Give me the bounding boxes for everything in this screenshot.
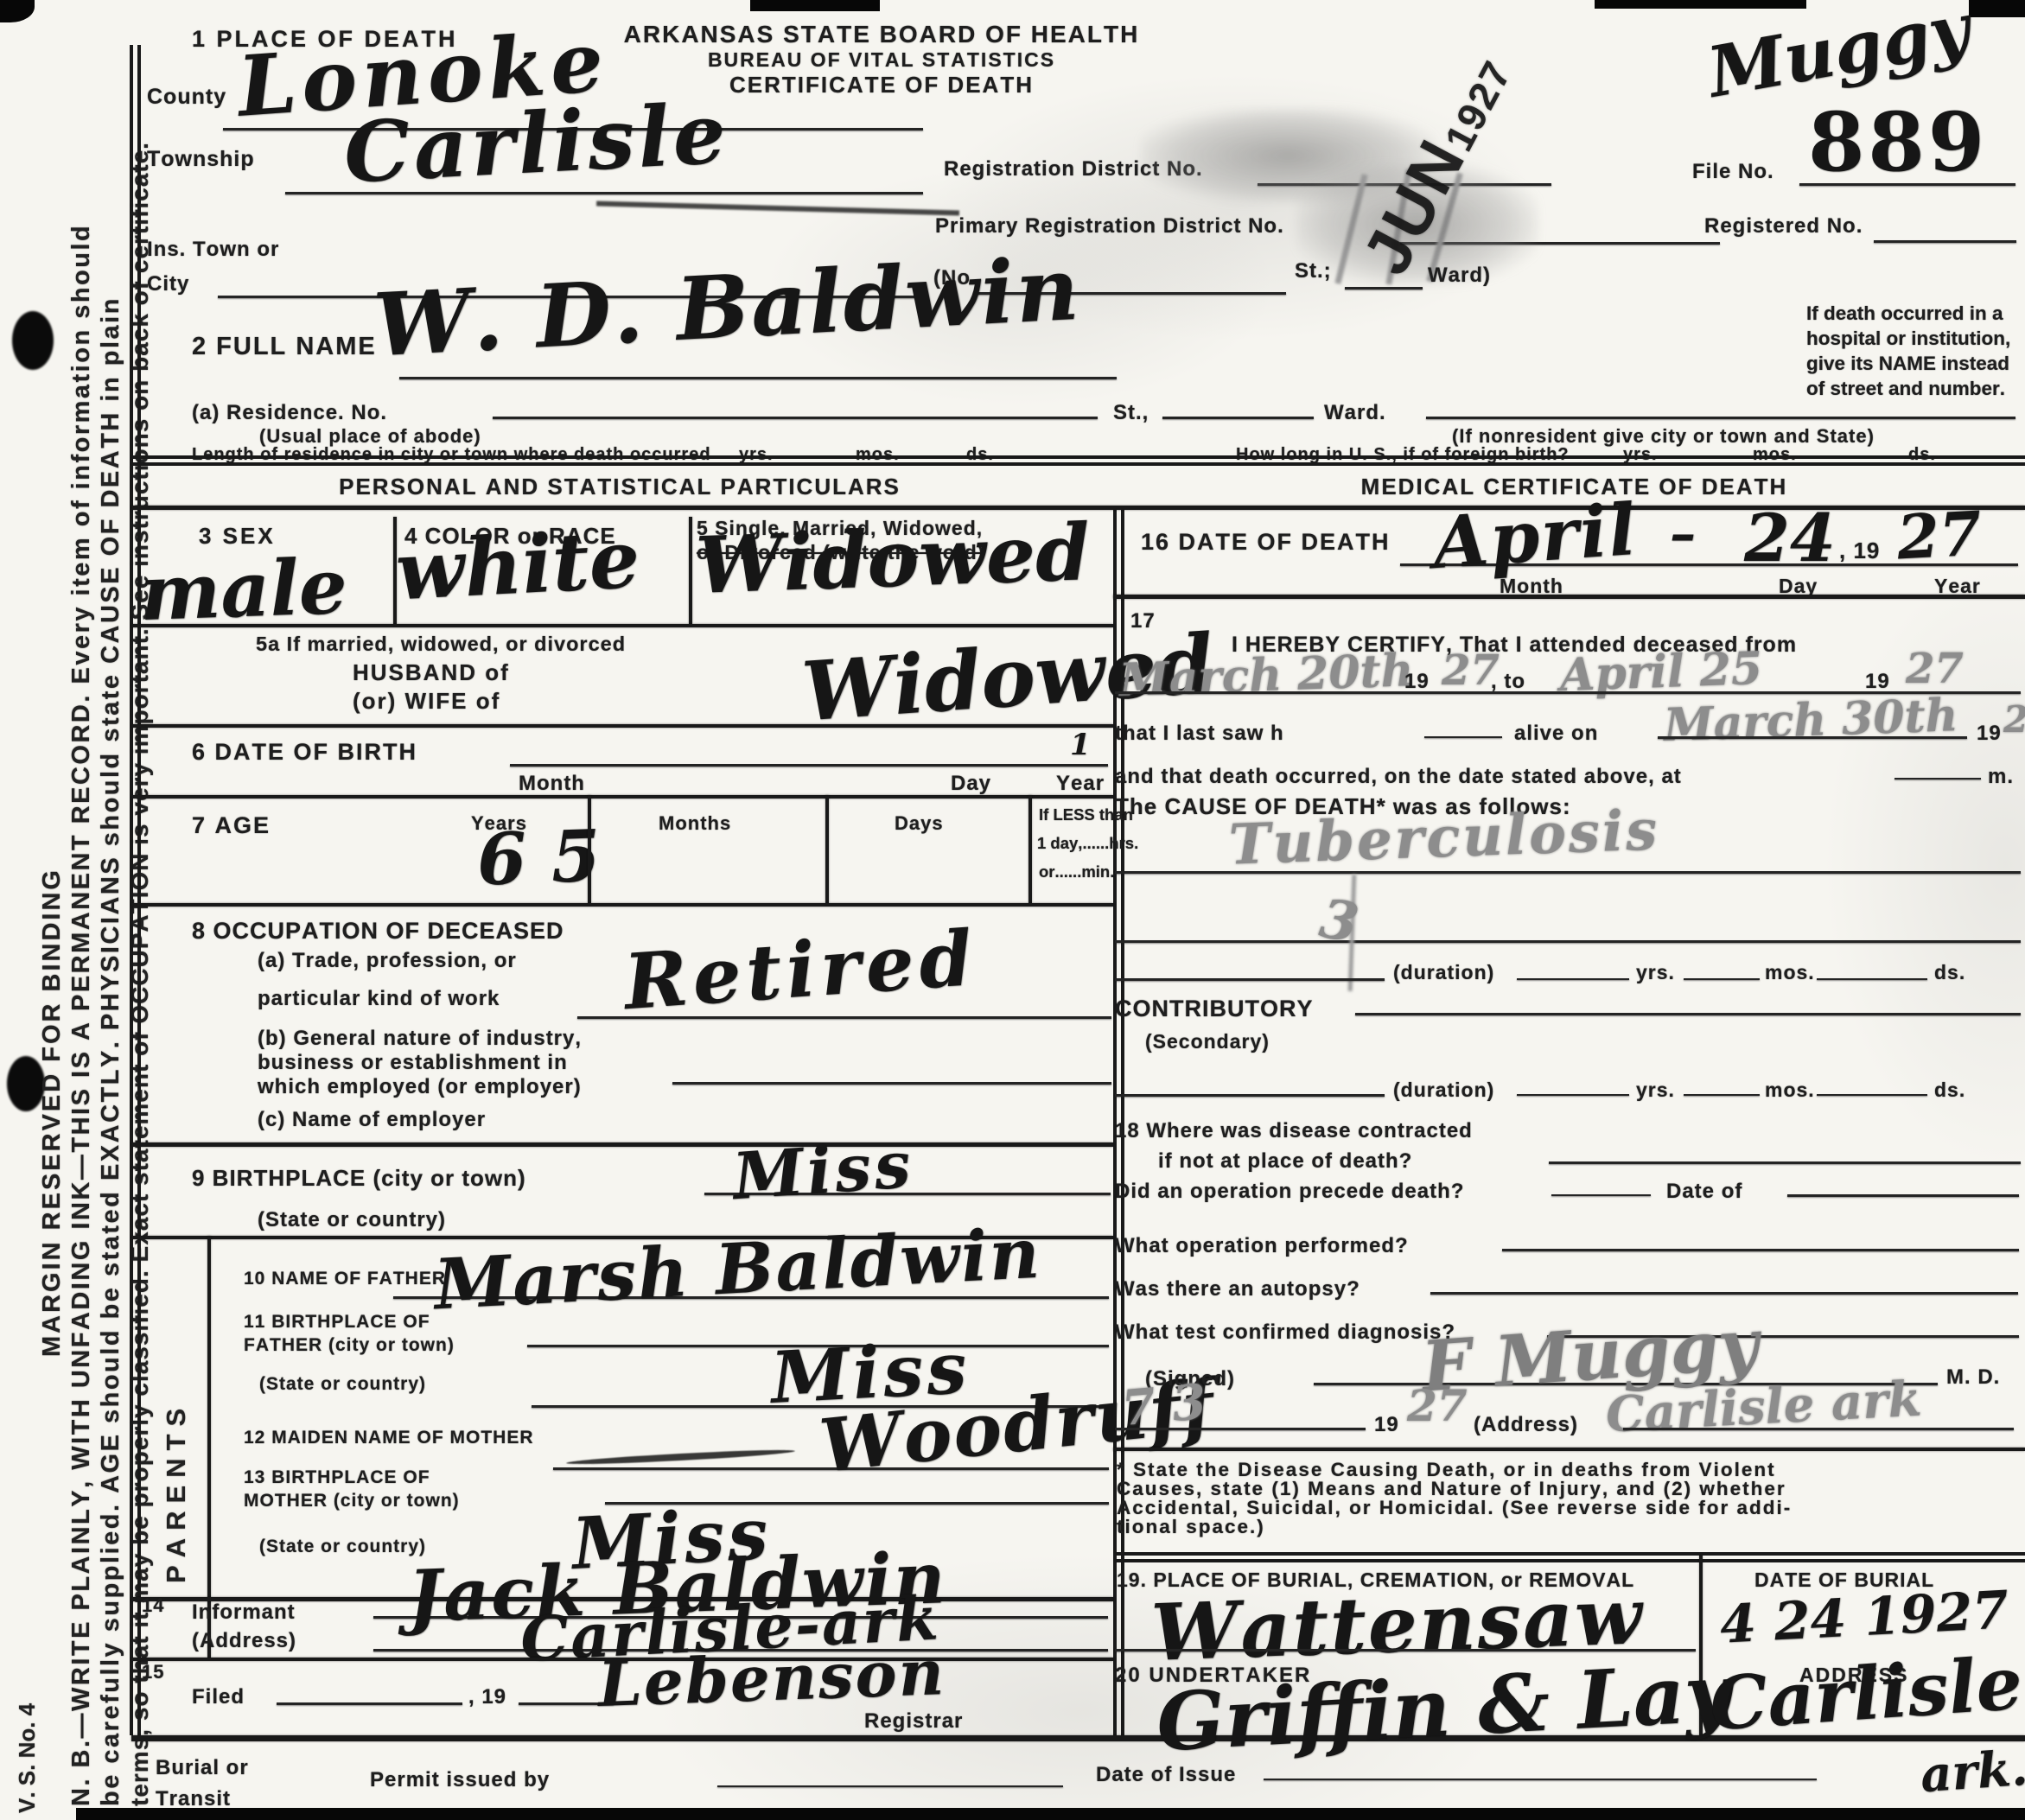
occupation-b-label-2: business or establishment in [258, 1051, 568, 1075]
date-stamp-year: 1927 [1435, 53, 1520, 159]
certify-number: 17 [1130, 609, 1156, 633]
operation-precede-line [1551, 1194, 1651, 1196]
signed-year-value: 27 [1407, 1384, 1468, 1428]
where-contracted-label-2: if not at place of death? [1158, 1149, 1412, 1174]
md-label: M. D. [1946, 1365, 2000, 1390]
registrar-signature: Lebenson [597, 1641, 946, 1715]
death-occurred-label: and that death occurred, on the date sta… [1115, 765, 1682, 789]
date-of-death-label: 16 DATE OF DEATH [1141, 529, 1391, 556]
father-name-value: Marsh Baldwin [432, 1219, 1042, 1320]
to-label: , to [1491, 670, 1525, 694]
burial-section-rule [1113, 1552, 2025, 1562]
married-5a-label: 5a If married, widowed, or divorced [256, 633, 626, 656]
duration2-line-d [1817, 1094, 1927, 1096]
father-birthplace-state-label: (State or country) [259, 1374, 426, 1395]
burial-permit-label-2: Transit [156, 1787, 231, 1811]
mother-name-label: 12 MAIDEN NAME OF MOTHER [244, 1428, 534, 1448]
informant-number: 14 [142, 1594, 164, 1617]
org-header: ARKANSAS STATE BOARD OF HEALTH BUREAU OF… [536, 21, 1227, 99]
mother-name-flourish [566, 1448, 795, 1467]
husband-of-label: HUSBAND of [353, 659, 510, 686]
org-line1: ARKANSAS STATE BOARD OF HEALTH [536, 21, 1227, 48]
last-saw-year: 27 [2003, 702, 2025, 738]
dob-year-label: Year [1056, 772, 1105, 796]
father-name-label: 10 NAME OF FATHER [244, 1269, 446, 1289]
hospital-note: If death occurred in a hospital or insti… [1806, 301, 2024, 401]
duration2-line-b [1517, 1094, 1629, 1096]
to-19-label: 19 [1865, 670, 1890, 694]
margin-note-line1: N. B.—WRITE PLAINLY, WITH UNFADING INK—T… [67, 224, 96, 1806]
age-label: 7 AGE [192, 812, 271, 839]
attended-from-value: March 20th [1118, 648, 1414, 703]
permit-issued-label: Permit issued by [370, 1768, 550, 1792]
residence-ward-line [1426, 417, 2015, 419]
dob-line [510, 764, 1108, 767]
occupation-b-label-3: which employed (or employer) [258, 1075, 582, 1099]
margin-binding-label: MARGIN RESERVED FOR BINDING [38, 868, 67, 1357]
residence-st-line [1162, 417, 1314, 419]
registrar-label: Registrar [864, 1709, 963, 1734]
undertaker-address-value-2: ark. [1919, 1744, 2025, 1800]
age-months-label: Months [659, 812, 731, 835]
occupation-b-label-1: (b) General nature of industry, [258, 1027, 582, 1051]
date-of-issue-label: Date of Issue [1096, 1763, 1236, 1787]
date-of-death-day-value: 24 [1744, 506, 1836, 571]
attended-to-year: 27 [1906, 648, 1964, 690]
death-occurred-line [1894, 778, 1981, 780]
birthplace-value: Miss [731, 1133, 916, 1209]
duration2-yrs: yrs. [1636, 1079, 1675, 1102]
filed-19-label: , 19 [468, 1685, 506, 1709]
cell-line [1028, 795, 1032, 903]
st-ward-line [1345, 287, 1423, 290]
duration1-line-d [1817, 978, 1927, 980]
dob-label: 6 DATE OF BIRTH [192, 739, 417, 766]
punch-hole [12, 311, 54, 370]
org-line2: BUREAU OF VITAL STATISTICS [536, 48, 1227, 72]
scan-artifact [1969, 0, 2025, 17]
date-of-death-year-value: 27 [1895, 503, 1983, 568]
occupation-a-label-1: (a) Trade, profession, or [258, 949, 517, 973]
occupation-label: 8 OCCUPATION OF DECEASED [192, 918, 564, 945]
row-rule [1113, 595, 2025, 599]
last-saw-label: that I last saw h [1115, 722, 1284, 746]
burial-permit-label-1: Burial or [156, 1756, 249, 1780]
township-value: Carlisle [342, 92, 731, 194]
scan-artifact [0, 0, 35, 22]
residence-line [493, 417, 1098, 419]
date-of-label: Date of [1666, 1180, 1742, 1204]
m-label: m. [1988, 765, 2014, 789]
township-tail-stroke [596, 201, 959, 216]
mother-birthplace-state-label: (State or country) [259, 1537, 426, 1557]
duration1-line-b [1517, 978, 1629, 980]
age-less-label-2: 1 day,......hrs. [1037, 834, 1138, 853]
from-19-label: 19 [1404, 670, 1430, 694]
duration2-line-c [1684, 1094, 1760, 1096]
date-of-death-month-value: April [1430, 494, 1640, 579]
top-right-script: Muggy [1703, 0, 1974, 107]
filed-line [277, 1702, 462, 1705]
margin-form-number: V. S. No. 4 [14, 1703, 41, 1813]
scan-artifact [750, 0, 880, 11]
cause-line-1 [1115, 871, 2021, 874]
duration1-line-a [1115, 978, 1385, 981]
personal-section-title: PERSONAL AND STATISTICAL PARTICULARS [131, 474, 1108, 500]
row-rule [131, 724, 1113, 728]
scan-artifact [1595, 0, 1806, 9]
marital-value: Widowed [695, 513, 1092, 605]
alive-on-label: alive on [1514, 722, 1598, 746]
filed-label: Filed [192, 1685, 245, 1709]
occupation-b-line [672, 1082, 1111, 1085]
operation-precede-label: Did an operation precede death? [1115, 1180, 1464, 1204]
footnote-line-4: tional space.) [1117, 1516, 1265, 1538]
primary-registration-label: Primary Registration District No. [935, 214, 1284, 239]
file-no-label: File No. [1692, 160, 1774, 184]
last-saw-value: March 30th [1663, 693, 1958, 748]
st-semi-label: St.; [1295, 259, 1332, 283]
test-confirmed-label: What test confirmed diagnosis? [1115, 1320, 1455, 1345]
dob-day-label: Day [951, 772, 991, 796]
autopsy-line [1430, 1292, 2018, 1295]
file-no-value: 889 [1808, 102, 1988, 183]
father-birthplace-label-2: FATHER (city or town) [244, 1335, 455, 1356]
birthplace-label: 9 BIRTHPLACE (city or town) [192, 1165, 526, 1192]
duration1-yrs: yrs. [1636, 961, 1675, 984]
duration2-ds: ds. [1934, 1079, 1965, 1102]
ward-paren-label: Ward) [1428, 264, 1491, 288]
contributory-label: CONTRIBUTORY [1115, 996, 1314, 1022]
cell-line [588, 795, 591, 903]
signed-19-label: 19 [1374, 1413, 1399, 1437]
signed-date-line [1115, 1428, 1366, 1430]
date-of-line [1787, 1194, 2019, 1197]
cause-of-death-value: Tuberculosis [1228, 803, 1660, 873]
left-border [130, 45, 141, 1735]
duration1-mos: mos. [1765, 961, 1815, 984]
last-saw-19-label: 19 [1977, 722, 2002, 746]
cell-line [825, 795, 829, 903]
date-of-issue-line [1264, 1779, 1817, 1780]
row-rule [131, 624, 1113, 627]
burial-place-line [1115, 1649, 1696, 1651]
mother-birthplace-label-2: MOTHER (city or town) [244, 1491, 460, 1511]
permit-line [717, 1785, 1063, 1787]
row-rule [1113, 1448, 2025, 1451]
occupation-value: Retired [621, 920, 979, 1020]
operation-performed-label: What operation performed? [1115, 1234, 1409, 1258]
age-less-label-3: or......min. [1039, 862, 1114, 881]
residence-label: (a) Residence. No. [192, 401, 387, 425]
cause-line-2 [1115, 940, 2021, 943]
margin-note-line2: be carefully supplied. AGE should be sta… [97, 296, 125, 1806]
occupation-c-label: (c) Name of employer [258, 1108, 486, 1132]
where-contracted-label-1: 18 Where was disease contracted [1115, 1119, 1473, 1143]
duration1-line-c [1684, 978, 1760, 980]
age-days-label: Days [895, 812, 944, 835]
duration-label-1: (duration) [1393, 961, 1494, 984]
residence-ward-label: Ward. [1324, 401, 1386, 425]
parents-box-line [207, 1236, 211, 1658]
filed-number: 15 [142, 1661, 164, 1683]
cell-line [689, 517, 692, 624]
date-of-death-19-label: , 19 [1839, 538, 1880, 564]
duration2-mos: mos. [1765, 1079, 1815, 1102]
alive-on-line [1658, 736, 1967, 739]
last-saw-him-line [1424, 736, 1502, 738]
occupation-a-label-2: particular kind of work [258, 987, 500, 1011]
registered-no-line [1874, 240, 2016, 243]
full-name-value: W. D. Baldwin [372, 245, 1082, 369]
where-contracted-line [1549, 1161, 2021, 1164]
city-label: City [147, 272, 189, 296]
autopsy-label: Was there an autopsy? [1115, 1277, 1360, 1301]
contributory-line [1355, 1013, 2021, 1015]
physician-address-line [1623, 1428, 2014, 1430]
death-certificate-scan: MARGIN RESERVED FOR BINDING V. S. No. 4 … [0, 0, 2025, 1820]
registered-no-label: Registered No. [1704, 214, 1863, 239]
informant-address-label: (Address) [192, 1629, 296, 1653]
burial-date-value: 4 24 1927 [1719, 1584, 2010, 1651]
row-rule [131, 1142, 1113, 1147]
county-label: County [147, 85, 226, 110]
parents-label: PARENTS [161, 1401, 192, 1583]
row-rule [131, 795, 1113, 799]
informant-label: Informant [192, 1600, 296, 1625]
scan-artifact [76, 1808, 2025, 1820]
mother-birthplace-label-1: 13 BIRTHPLACE OF [244, 1467, 430, 1488]
operation-performed-line [1502, 1249, 2019, 1251]
duration-label-2: (duration) [1393, 1079, 1494, 1102]
residence-st-label: St., [1113, 401, 1149, 425]
sex-value: male [139, 548, 348, 631]
dob-month-label: Month [519, 772, 585, 796]
birthplace-state-label: (State or country) [258, 1208, 446, 1232]
row-rule [131, 903, 1113, 907]
wife-of-label: (or) WIFE of [353, 688, 500, 715]
duration1-ds: ds. [1934, 961, 1965, 984]
undertaker-address-value: Carlisle [1708, 1646, 2025, 1740]
duration2-line-a [1115, 1094, 1385, 1097]
township-label: Township [147, 147, 255, 172]
section-divider [131, 455, 2025, 466]
secondary-label: (Secondary) [1145, 1030, 1270, 1053]
date-of-death-dash: – [1670, 508, 1696, 560]
father-birthplace-label-1: 11 BIRTHPLACE OF [244, 1312, 430, 1333]
signed-date-scrawl: 7 3 [1120, 1378, 1208, 1433]
race-value: white [394, 519, 642, 612]
physician-address-label: (Address) [1474, 1413, 1578, 1437]
full-name-line [399, 377, 1117, 379]
full-name-label: 2 FULL NAME [192, 333, 377, 361]
age-value: 6 5 [476, 821, 602, 896]
dob-tick: 1 [1070, 730, 1091, 760]
ins-town-label: Ins. Town or [147, 238, 279, 262]
